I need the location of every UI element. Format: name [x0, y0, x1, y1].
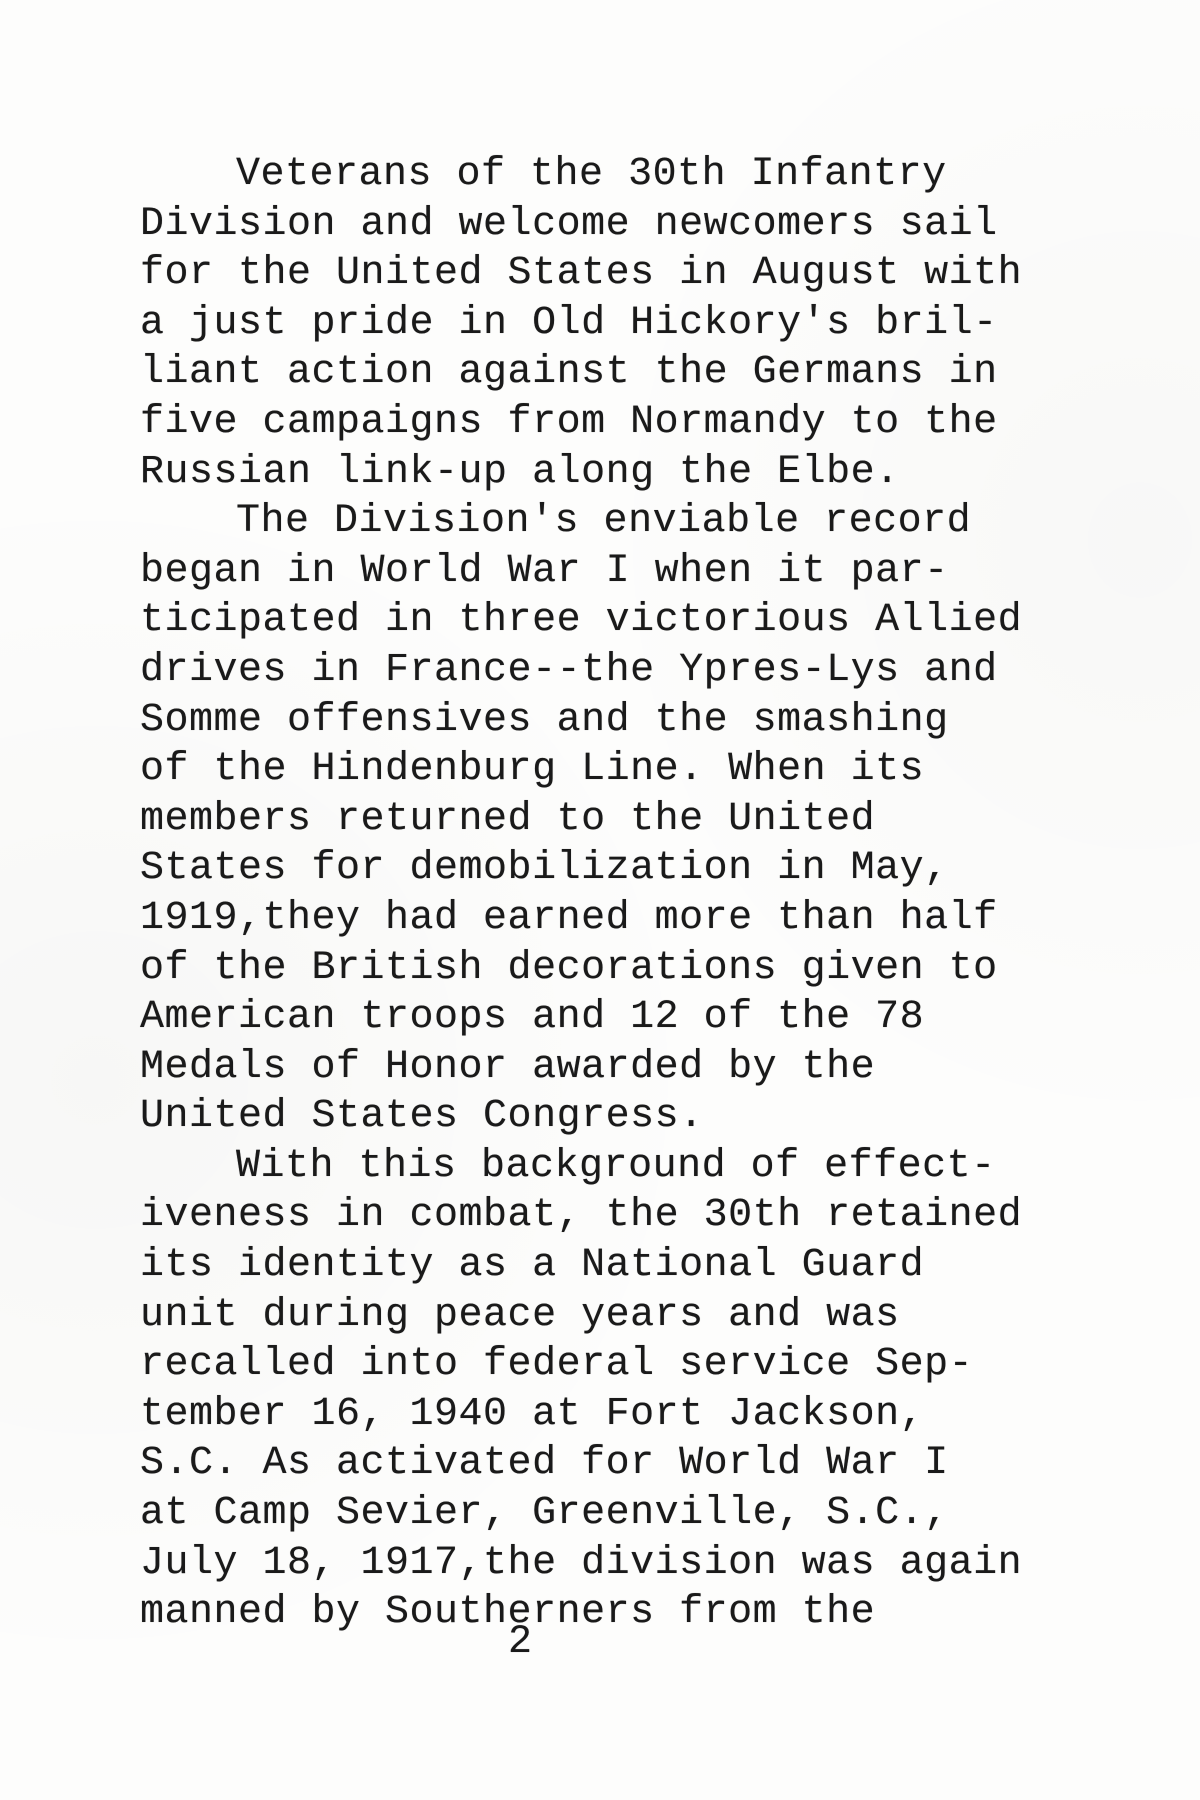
paragraph-line: of the Hindenburg Line. When its — [140, 745, 1060, 795]
paragraph-line: American troops and 12 of the 78 — [140, 993, 1060, 1043]
document-body: Veterans of the 30th InfantryDivision an… — [140, 150, 1060, 1638]
paragraph-line: unit during peace years and was — [140, 1291, 1060, 1341]
paragraph-line: Russian link-up along the Elbe. — [140, 448, 1060, 498]
paragraph-line: at Camp Sevier, Greenville, S.C., — [140, 1489, 1060, 1539]
paragraph-line: a just pride in Old Hickory's bril- — [140, 299, 1060, 349]
paragraph-first-line: With this background of effect- — [140, 1142, 1060, 1192]
paragraph-line: 1919,they had earned more than half — [140, 894, 1060, 944]
paragraph-line: July 18, 1917,the division was again — [140, 1539, 1060, 1589]
paragraph-line: its identity as a National Guard — [140, 1241, 1060, 1291]
paragraph-line: iveness in combat, the 30th retained — [140, 1191, 1060, 1241]
paragraph-line: drives in France--the Ypres-Lys and — [140, 646, 1060, 696]
paragraph-line: Somme offensives and the smashing — [140, 696, 1060, 746]
paragraph-first-line: The Division's enviable record — [140, 497, 1060, 547]
paragraph-line: Medals of Honor awarded by the — [140, 1043, 1060, 1093]
page-number: 2 — [0, 1620, 1040, 1665]
paragraph-line: S.C. As activated for World War I — [140, 1439, 1060, 1489]
paragraph-first-line: Veterans of the 30th Infantry — [140, 150, 1060, 200]
document-page: Veterans of the 30th InfantryDivision an… — [0, 0, 1200, 1800]
paragraph-line: five campaigns from Normandy to the — [140, 398, 1060, 448]
paragraph-line: began in World War I when it par- — [140, 547, 1060, 597]
paragraph-line: States for demobilization in May, — [140, 844, 1060, 894]
paragraph-line: liant action against the Germans in — [140, 348, 1060, 398]
paragraph-line: recalled into federal service Sep- — [140, 1340, 1060, 1390]
paragraph-line: for the United States in August with — [140, 249, 1060, 299]
paragraph-line: United States Congress. — [140, 1092, 1060, 1142]
paragraph-line: ticipated in three victorious Allied — [140, 596, 1060, 646]
paragraph-line: of the British decorations given to — [140, 944, 1060, 994]
paragraph-line: tember 16, 1940 at Fort Jackson, — [140, 1390, 1060, 1440]
paragraph-line: members returned to the United — [140, 795, 1060, 845]
paragraph-line: Division and welcome newcomers sail — [140, 200, 1060, 250]
